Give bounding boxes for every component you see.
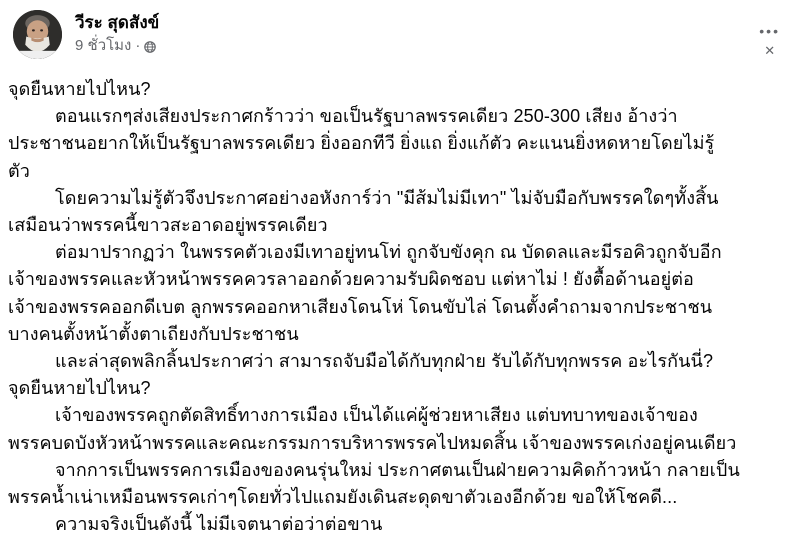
post-text-line: พรรคบดบังหัวหน้าพรรคและคณะกรรมการบริหารพ… [8, 430, 792, 457]
post-text-line: จุดยืนหายไปไหน? [8, 76, 792, 103]
post-text-line: จากการเป็นพรรคการเมืองของคนรุ่นใหม่ ประก… [8, 457, 792, 484]
timestamp[interactable]: 9 ชั่วโมง [75, 37, 131, 55]
profile-photo-illustration [13, 10, 62, 59]
header-meta: วีระ สุดสังข์ 9 ชั่วโมง · [75, 10, 159, 55]
post-text-line: ความจริงเป็นดังนี้ ไม่มีเจตนาต่อว่าต่อขา… [8, 511, 792, 538]
post-text-line: ประชาชนอยากให้เป็นรัฐบาลพรรคเดียว ยิ่งออ… [8, 130, 792, 157]
avatar[interactable] [13, 10, 62, 59]
post-text-line: เจ้าของพรรคและหัวหน้าพรรคควรลาออกด้วยควา… [8, 266, 792, 293]
facebook-post: วีระ สุดสังข์ 9 ชั่วโมง · ••• ✕ [0, 0, 800, 555]
post-text-line: และล่าสุดพลิกลิ้นประกาศว่า สามารถจับมือไ… [8, 348, 792, 375]
post-text-line: ตอนแรกๆส่งเสียงประกาศกร้าวว่า ขอเป็นรัฐบ… [8, 103, 792, 130]
post-text-line: โดยความไม่รู้ตัวจึงประกาศอย่างอหังการ์ว่… [8, 185, 792, 212]
more-options-icon[interactable]: ••• [759, 26, 780, 36]
post-text-line: เจ้าของพรรคออกดีเบต ลูกพรรคออกหาเสียงโดน… [8, 294, 792, 321]
post-actions: ••• ✕ [759, 26, 780, 59]
post-header: วีระ สุดสังข์ 9 ชั่วโมง · ••• ✕ [0, 0, 800, 59]
post-text-line: ต่อมาปรากฏว่า ในพรรคตัวเองมีเทาอยู่ทนโท่… [8, 239, 792, 266]
post-text-line: พรรคน้ำเน่าเหมือนพรรคเก่าๆโดยทั่วไปแถมยั… [8, 484, 792, 511]
globe-icon [144, 40, 156, 52]
author-name[interactable]: วีระ สุดสังข์ [75, 12, 159, 34]
post-text-line: จุดยืนหายไปไหน? [8, 375, 792, 402]
post-text-line: เสมือนว่าพรรคนี้ขาวสะอาดอยู่พรรคเดียว [8, 212, 792, 239]
post-text-line: ตัว [8, 158, 792, 185]
close-icon[interactable]: ✕ [759, 43, 780, 59]
post-meta-row: 9 ชั่วโมง · [75, 37, 159, 55]
post-text-line: บางคนตั้งหน้าตั้งตาเถียงกับประชาชน [8, 321, 792, 348]
post-text: จุดยืนหายไปไหน?ตอนแรกๆส่งเสียงประกาศกร้า… [0, 59, 800, 538]
meta-separator: · [135, 37, 140, 55]
post-text-line: เจ้าของพรรคถูกตัดสิทธิ์ทางการเมือง เป็นไ… [8, 402, 792, 429]
